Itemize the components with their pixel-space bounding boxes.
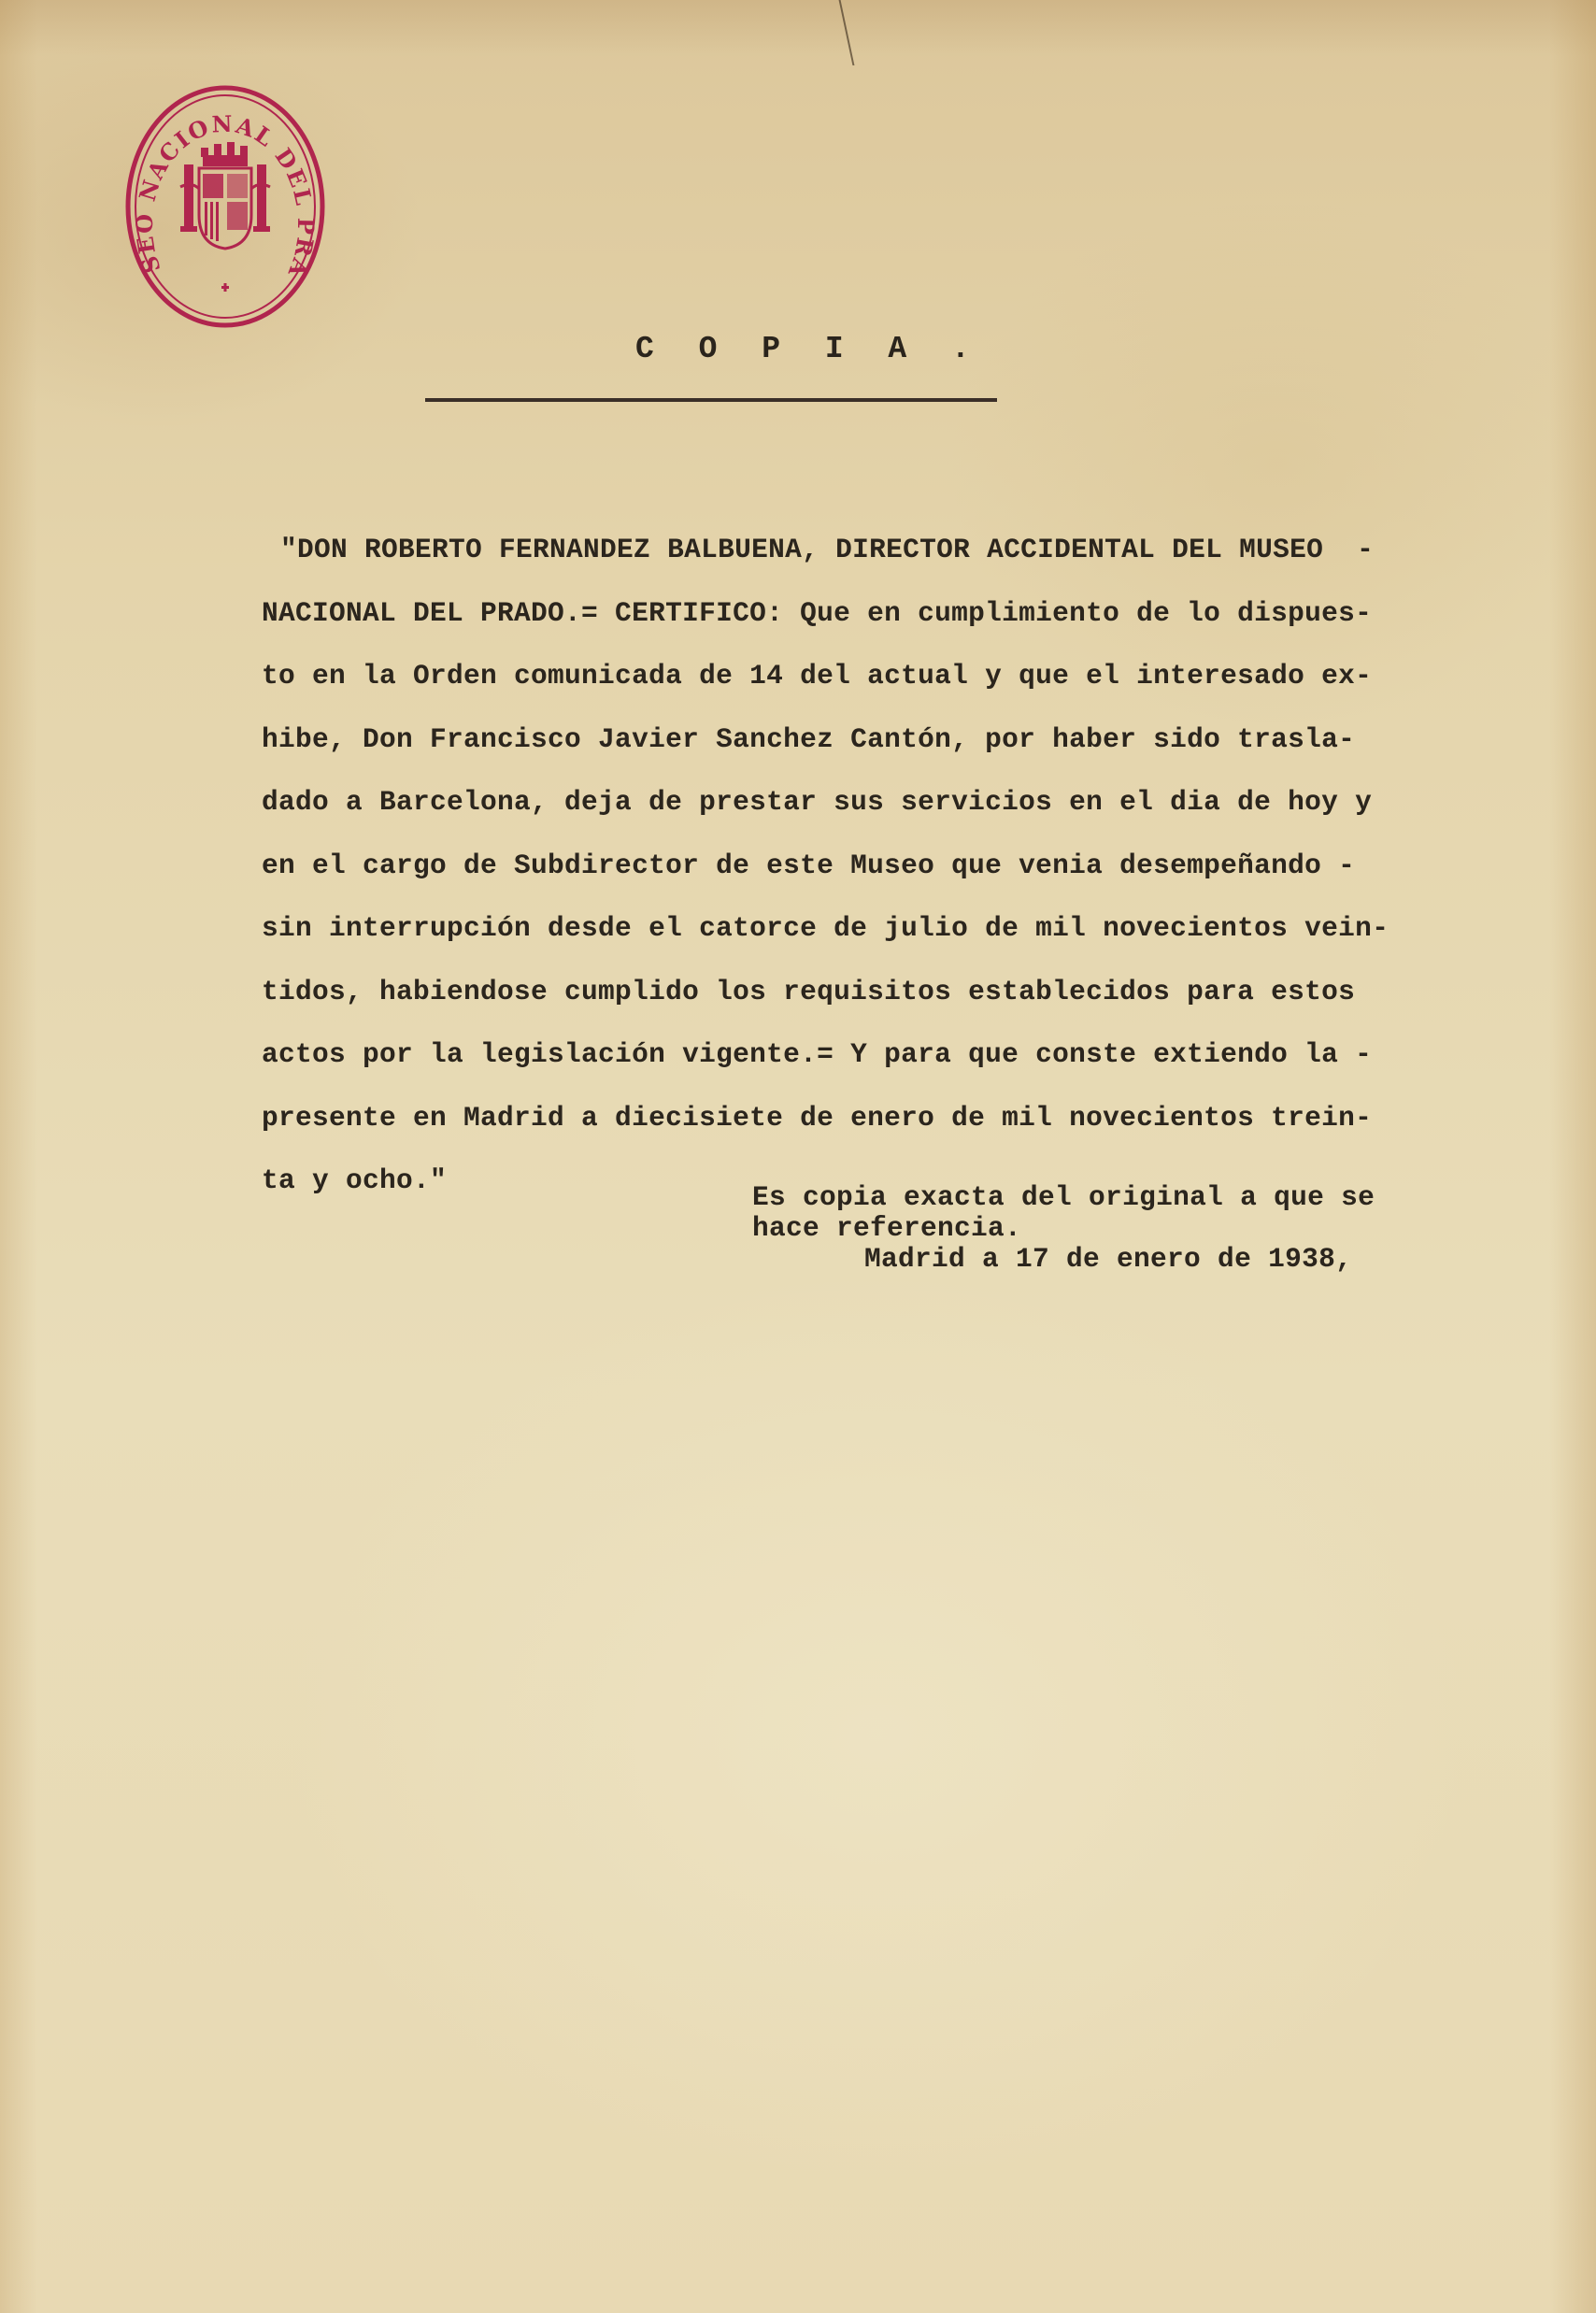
museo-prado-stamp: MUSEO NACIONAL DEL PRADO xyxy=(124,84,326,329)
title-underline xyxy=(425,398,997,402)
stamp-seal-icon: MUSEO NACIONAL DEL PRADO xyxy=(124,84,326,329)
body-line: actos por la legislación vigente.= Y par… xyxy=(262,1023,1532,1087)
body-line: tidos, habiendose cumplido los requisito… xyxy=(262,961,1532,1024)
body-line: "DON ROBERTO FERNANDEZ BALBUENA, DIRECTO… xyxy=(262,519,1532,582)
document-title: C O P I A . xyxy=(635,332,983,366)
body-line: en el cargo de Subdirector de este Museo… xyxy=(262,835,1532,898)
body-line: to en la Orden comunicada de 14 del actu… xyxy=(262,645,1532,708)
body-line: NACIONAL DEL PRADO.= CERTIFICO: Que en c… xyxy=(262,582,1532,646)
certification-closing: Es copia exacta del original a que se ha… xyxy=(752,1182,1375,1275)
closing-date: Madrid a 17 de enero de 1938, xyxy=(752,1244,1375,1275)
body-line: presente en Madrid a diecisiete de enero… xyxy=(262,1087,1532,1150)
closing-line-1: Es copia exacta del original a que se xyxy=(752,1182,1375,1213)
certificate-body: "DON ROBERTO FERNANDEZ BALBUENA, DIRECTO… xyxy=(262,519,1532,1213)
body-line: sin interrupción desde el catorce de jul… xyxy=(262,897,1532,961)
closing-line-2: hace referencia. xyxy=(752,1213,1375,1244)
body-line: hibe, Don Francisco Javier Sanchez Cantó… xyxy=(262,708,1532,772)
body-line: dado a Barcelona, deja de prestar sus se… xyxy=(262,771,1532,835)
